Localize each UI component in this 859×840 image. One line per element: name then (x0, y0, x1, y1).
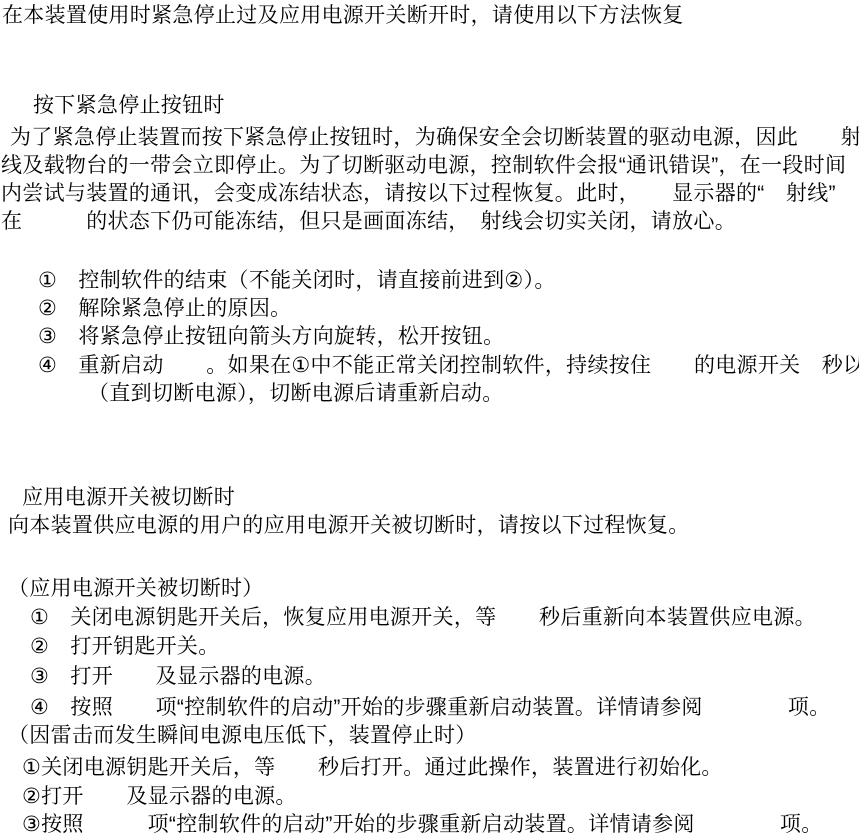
section-heading-emergency-stop: 按下紧急停止按钮时 (33, 94, 225, 118)
case1-step-3: ③ 打开 及显示器的电源。 (30, 665, 326, 689)
step-item-4-continuation: （直到切断电源），切断电源后请重新启动。 (88, 382, 504, 406)
step-item-1: ① 控制软件的结束（不能关闭时，请直接前进到②）。 (38, 269, 556, 293)
document-page: 在本装置使用时紧急停止过及应用电源开关断开时，请使用以下方法恢复 按下紧急停止按… (0, 0, 859, 840)
paragraph-line: 向本装置供应电源的用户的应用电源开关被切断时，请按以下过程恢复。 (8, 514, 690, 538)
case2-step-2: ②打开 及显示器的电源。 (22, 785, 297, 809)
step-item-4: ④ 重新启动 。如果在①中不能正常关闭控制软件，持续按住 的电源开关 秒以上 (38, 354, 859, 378)
section-heading-power-switch: 应用电源开关被切断时 (22, 486, 235, 510)
case1-step-1: ① 关闭电源钥匙开关后，恢复应用电源开关，等 秒后重新向本装置供应电源。 (30, 606, 816, 630)
case1-title: （应用电源开关被切断时） (8, 577, 264, 601)
case2-step-3: ③按照 项“控制软件的启动”开始的步骤重新启动装置。详情请参阅 项。 (22, 813, 823, 837)
case2-step-1: ①关闭电源钥匙开关后，等 秒后打开。通过此操作，装置进行初始化。 (22, 756, 723, 780)
paragraph-line: 在 的状态下仍可能冻结，但只是画面冻结， 射线会切实关闭，请放心。 (1, 210, 736, 234)
step-item-3: ③ 将紧急停止按钮向箭头方向旋转，松开按钮。 (38, 325, 504, 349)
case2-title: （因雷击而发生瞬间电源电压低下，装置停止时） (8, 724, 477, 748)
case1-step-4: ④ 按照 项“控制软件的启动”开始的步骤重新启动装置。详情请参阅 项。 (30, 696, 831, 720)
paragraph-line: 为了紧急停止装置而按下紧急停止按钮时，为确保安全会切断装置的驱动电源，因此 射 (10, 126, 859, 150)
paragraph-line: 线及载物台的一带会立即停止。为了切断驱动电源，控制软件会报“通讯错误”，在一段时… (1, 154, 846, 178)
paragraph-line: 内尝试与装置的通讯，会变成冻结状态，请按以下过程恢复。此时， 显示器的“ 射线” (1, 182, 836, 206)
case1-step-2: ② 打开钥匙开关。 (30, 635, 220, 659)
step-item-2: ② 解除紧急停止的原因。 (38, 297, 291, 321)
intro-line: 在本装置使用时紧急停止过及应用电源开关断开时，请使用以下方法恢复 (2, 4, 684, 28)
